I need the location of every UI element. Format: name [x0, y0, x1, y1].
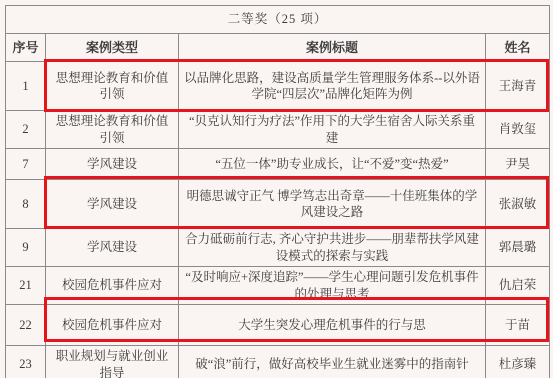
row-name: 张淑敏: [486, 180, 550, 229]
table-title: 二等奖（25 项）: [6, 6, 550, 34]
table-row: 23 职业规划与就业创业指导 破“浪”前行，做好高校毕业生就业迷雾中的指南针 杜…: [6, 346, 550, 378]
col-header-name: 姓名: [486, 34, 550, 62]
row-type: 思想理论教育和价值引领: [46, 111, 179, 149]
table-row: 8 学风建设 明德思诚守正气 博学笃志出奇章——十佳班集体的学风建设之路 张淑敏: [6, 180, 550, 229]
row-type: 学风建设: [46, 149, 179, 180]
row-num: 21: [6, 267, 46, 305]
table-row: 22 校园危机事件应对 大学生突发心理危机事件的行与思 于苗: [6, 305, 550, 346]
row-title: 明德思诚守正气 博学笃志出奇章——十佳班集体的学风建设之路: [179, 180, 486, 229]
row-num: 23: [6, 346, 46, 378]
col-header-title: 案例标题: [179, 34, 486, 62]
row-num: 2: [6, 111, 46, 149]
row-title: “五位一体”助专业成长，让“不爱”变“热爱”: [179, 149, 486, 180]
col-header-num: 序号: [6, 34, 46, 62]
row-type: 思想理论教育和价值引领: [46, 62, 179, 111]
row-num: 7: [6, 149, 46, 180]
row-name: 尹昊: [486, 149, 550, 180]
row-title: 大学生突发心理危机事件的行与思: [179, 305, 486, 346]
row-type: 学风建设: [46, 229, 179, 267]
document-page: 二等奖（25 项） 序号 案例类型 案例标题 姓名 1 思想理论教育和价值引领 …: [0, 0, 553, 378]
table-row: 1 思想理论教育和价值引领 以品牌化思路，建设高质量学生管理服务体系--以外语学…: [6, 62, 550, 111]
row-title: “贝克认知行为疗法”作用下的大学生宿舍人际关系重建: [179, 111, 486, 149]
row-type: 校园危机事件应对: [46, 267, 179, 305]
row-num: 1: [6, 62, 46, 111]
award-table: 二等奖（25 项） 序号 案例类型 案例标题 姓名 1 思想理论教育和价值引领 …: [5, 5, 550, 378]
row-type: 职业规划与就业创业指导: [46, 346, 179, 378]
row-name: 仇启荣: [486, 267, 550, 305]
table-row: 21 校园危机事件应对 “及时响应+深度追踪”——学生心理问题引发危机事件的处理…: [6, 267, 550, 305]
row-num: 9: [6, 229, 46, 267]
row-type: 校园危机事件应对: [46, 305, 179, 346]
table-row: 7 学风建设 “五位一体”助专业成长，让“不爱”变“热爱” 尹昊: [6, 149, 550, 180]
row-num: 8: [6, 180, 46, 229]
row-name: 郭晨璐: [486, 229, 550, 267]
row-type: 学风建设: [46, 180, 179, 229]
row-title: 合力砥砺前行志, 齐心守护共进步——朋辈帮扶学风建设模式的探索与实践: [179, 229, 486, 267]
row-name: 杜彦臻: [486, 346, 550, 378]
row-name: 肖敦玺: [486, 111, 550, 149]
col-header-type: 案例类型: [46, 34, 179, 62]
row-name: 王海青: [486, 62, 550, 111]
row-num: 22: [6, 305, 46, 346]
table-row: 2 思想理论教育和价值引领 “贝克认知行为疗法”作用下的大学生宿舍人际关系重建 …: [6, 111, 550, 149]
row-title: 破“浪”前行，做好高校毕业生就业迷雾中的指南针: [179, 346, 486, 378]
row-name: 于苗: [486, 305, 550, 346]
row-title: 以品牌化思路，建设高质量学生管理服务体系--以外语学院“四层次”品牌化矩阵为例: [179, 62, 486, 111]
table-row: 9 学风建设 合力砥砺前行志, 齐心守护共进步——朋辈帮扶学风建设模式的探索与实…: [6, 229, 550, 267]
row-title: “及时响应+深度追踪”——学生心理问题引发危机事件的处理与思考: [179, 267, 486, 305]
